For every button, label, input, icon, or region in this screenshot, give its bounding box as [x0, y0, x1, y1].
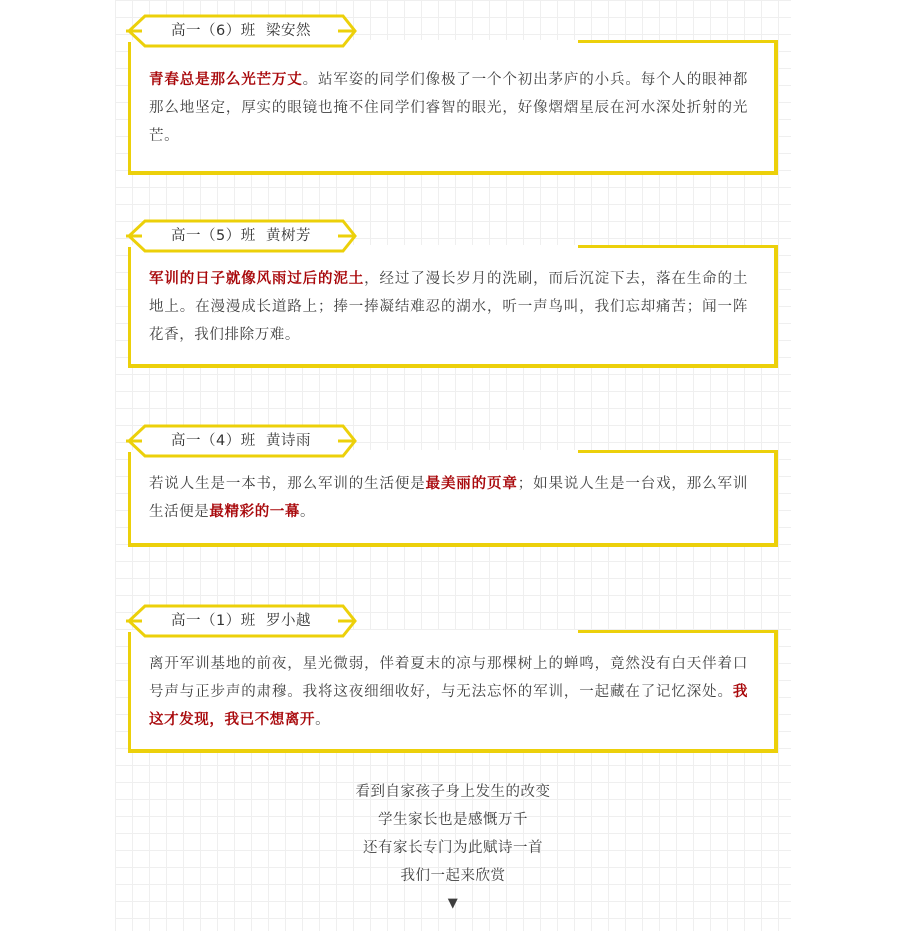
card-left-border	[128, 42, 131, 171]
down-arrow-icon: ▼	[115, 890, 791, 918]
outro-line: 还有家长专门为此赋诗一首	[115, 834, 791, 862]
title-banner: 高一（6）班 梁安然	[125, 14, 357, 48]
body-text: 离开军训基地的前夜，星光微弱，伴着夏末的凉与那棵树上的蝉鸣，竟然没有白天伴着口号…	[149, 656, 748, 700]
class-student-name: 高一（4）班 黄诗雨	[171, 424, 311, 458]
highlight-text: 最美丽的页章	[426, 476, 518, 492]
card-body: 离开军训基地的前夜，星光微弱，伴着夏末的凉与那棵树上的蝉鸣，竟然没有白天伴着口号…	[128, 630, 778, 753]
body-text: 若说人生是一本书，那么军训的生活便是	[149, 476, 426, 492]
highlight-text: 青春总是那么光芒万丈	[149, 72, 303, 88]
class-student-name: 高一（1）班 罗小越	[171, 604, 311, 638]
card-top-border	[578, 245, 778, 248]
quote-text: 军训的日子就像风雨过后的泥土，经过了漫长岁月的洗刷，而后沉淀下去，落在生命的土地…	[128, 245, 774, 377]
body-text: 。	[300, 504, 315, 520]
quote-text: 若说人生是一本书，那么军训的生活便是最美丽的页章；如果说人生是一台戏，那么军训生…	[128, 450, 774, 554]
outro-text-block: 看到自家孩子身上发生的改变 学生家长也是感慨万千 还有家长专门为此赋诗一首 我们…	[115, 778, 791, 918]
title-banner: 高一（4）班 黄诗雨	[125, 424, 357, 458]
card-body: 青春总是那么光芒万丈。站军姿的同学们像极了一个个初出茅庐的小兵。每个人的眼神都那…	[128, 40, 778, 175]
card-top-border	[578, 40, 778, 43]
card-left-border	[128, 247, 131, 364]
body-text: 。	[315, 712, 330, 728]
card-body: 若说人生是一本书，那么军训的生活便是最美丽的页章；如果说人生是一台戏，那么军训生…	[128, 450, 778, 547]
outro-line: 看到自家孩子身上发生的改变	[115, 778, 791, 806]
quote-text: 离开军训基地的前夜，星光微弱，伴着夏末的凉与那棵树上的蝉鸣，竟然没有白天伴着口号…	[128, 630, 774, 762]
article-page: 青春总是那么光芒万丈。站军姿的同学们像极了一个个初出茅庐的小兵。每个人的眼神都那…	[115, 0, 791, 931]
card-body: 军训的日子就像风雨过后的泥土，经过了漫长岁月的洗刷，而后沉淀下去，落在生命的土地…	[128, 245, 778, 368]
title-banner: 高一（5）班 黄树芳	[125, 219, 357, 253]
class-student-name: 高一（6）班 梁安然	[171, 14, 311, 48]
card-left-border	[128, 452, 131, 543]
title-banner: 高一（1）班 罗小越	[125, 604, 357, 638]
outro-line: 我们一起来欣赏	[115, 862, 791, 890]
card-left-border	[128, 632, 131, 749]
quote-text: 青春总是那么光芒万丈。站军姿的同学们像极了一个个初出茅庐的小兵。每个人的眼神都那…	[128, 40, 774, 178]
highlight-text: 最精彩的一幕	[209, 504, 300, 520]
highlight-text: 军训的日子就像风雨过后的泥土	[149, 271, 364, 287]
card-top-border	[578, 630, 778, 633]
card-top-border	[578, 450, 778, 453]
class-student-name: 高一（5）班 黄树芳	[171, 219, 311, 253]
outro-line: 学生家长也是感慨万千	[115, 806, 791, 834]
